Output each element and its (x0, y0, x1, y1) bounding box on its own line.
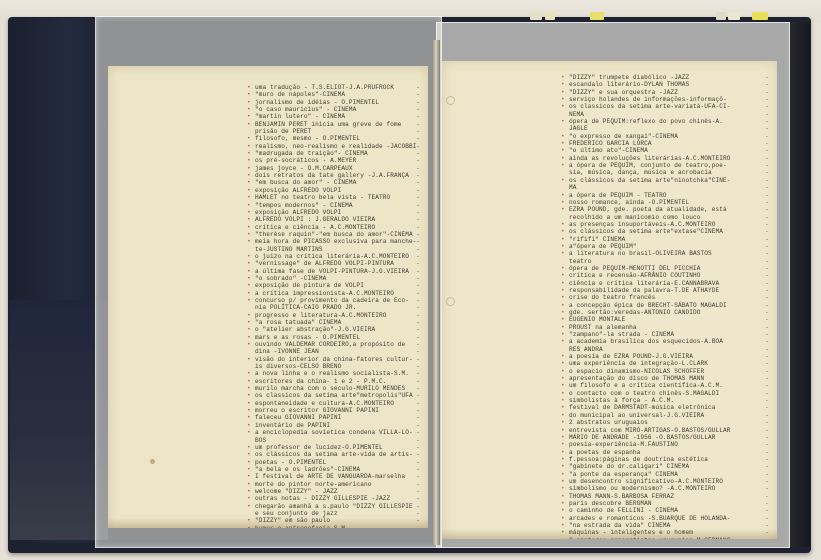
margin-tick: - (416, 179, 420, 186)
margin-tick: - (765, 375, 769, 382)
bullet-mark: • (561, 427, 569, 434)
margin-tick: - (765, 338, 769, 345)
index-entry: •a poetas de espanha (570, 449, 734, 456)
bullet-mark: • (561, 192, 569, 199)
entry-text: MÁRIO DE ANDRADE -1956 -O.BASTOS/GULLAR (569, 434, 716, 441)
entry-text: uma tradução - T.S.ELIOT-J.A.PRUFROCK (255, 84, 394, 91)
entry-text: apresentação do disco de THOMAS MANN (569, 375, 704, 382)
bullet-mark: • (561, 206, 569, 213)
entry-text: "muro de nápoles"-CINEMA (255, 91, 345, 98)
index-entry: •murilo marcha com o seculo-MURILO MENDE… (256, 385, 417, 392)
bullet-mark: • (561, 515, 569, 522)
margin-tick: - (416, 429, 420, 436)
bullet-mark: • (561, 177, 569, 184)
index-entry: •morreu o escritor GIOVANNI PAPINI (256, 407, 417, 414)
bullet-mark: • (561, 236, 569, 243)
entry-text: "em busca do amor" - CINEMA (255, 179, 356, 186)
margin-tick: - (765, 258, 769, 265)
entry-text: BOS (255, 437, 266, 444)
entry-text: recolhido a um manicomio como louco (569, 214, 701, 221)
bullet-mark: • (247, 312, 255, 319)
bullet-mark: • (561, 103, 569, 110)
margin-tick: - (416, 466, 420, 473)
index-entry: •"muro de nápoles"-CINEMA (256, 91, 417, 98)
margin-tick: - (765, 206, 769, 213)
bullet-mark: • (247, 268, 255, 275)
margin-tick: - (765, 331, 769, 338)
index-entry: •EUGENIO MONTALE (570, 316, 734, 323)
index-entry: •"DIZZY" trumpete diabólico -JAZZ (570, 74, 734, 81)
entry-text: "o expresso de xangai"-CINEMA (569, 133, 678, 140)
bullet-mark: • (561, 155, 569, 162)
index-entry: •ciência e crítica literária-E.CANNABRAV… (570, 280, 734, 287)
entry-text: ALFREDO VOLPI : J.GERALDO VIEIRA (255, 216, 375, 223)
index-entry: •inventário de PAPINI (256, 422, 417, 429)
margin-tick: - (765, 140, 769, 147)
margin-tick: - (416, 268, 420, 275)
margin-tick: - (416, 260, 420, 267)
index-entry: e seu conjunto de jazz (256, 510, 417, 517)
margin-tick: - (765, 265, 769, 272)
margin-tick: - (765, 441, 769, 448)
margin-tick: - (765, 103, 769, 110)
entry-text: exposição ALFREDO VOLPI (255, 187, 341, 194)
entry-text: f.pessoa:páginas de doutrina estética (569, 456, 708, 463)
bullet-mark: • (247, 91, 255, 98)
bullet-mark: • (247, 334, 255, 341)
margin-tick: - (416, 209, 420, 216)
entry-text: is diversos-CELSO BRENO (255, 363, 341, 370)
bullet-mark: • (247, 407, 255, 414)
entry-text: morreu o escritor GIOVANNI PAPINI (255, 407, 379, 414)
margin-tick: - (765, 316, 769, 323)
index-entry: •concurso p/ provimento da cadeira de Ec… (256, 297, 417, 304)
entry-text: filosofo, mesmo - O.PIMENTEL (255, 135, 360, 142)
binder-left-cover-lower (10, 300, 108, 540)
entry-text: RES ANDRA (569, 346, 603, 353)
bullet-mark: • (247, 356, 255, 363)
index-entry: •BENJAMIN PERET inicia uma greve de fome (256, 121, 417, 128)
entry-text: teatro (569, 258, 592, 265)
index-entry: •welcome "DIZZY" - JAZZ (256, 488, 417, 495)
entry-text: a nova linha e o realismo socialista-S.M… (255, 370, 409, 377)
left-page-margin-ticks: ----------------------------------------… (416, 84, 420, 528)
page-edge-shadow (108, 518, 428, 528)
margin-tick: - (765, 125, 769, 132)
entry-text: e seu conjunto de jazz (255, 510, 338, 517)
entry-text: uma experiência de integração-L.CLARK (569, 360, 708, 367)
bullet-mark: • (561, 294, 569, 301)
margin-tick: - (416, 121, 420, 128)
margin-tick: - (416, 150, 420, 157)
index-entry: •HAMLET no teatro bela vista - TEATRO (256, 194, 417, 201)
bullet-mark: • (247, 319, 255, 326)
bullet-mark: • (561, 404, 569, 411)
bullet-mark: • (247, 238, 255, 245)
index-entry: •"vernissage" de ALFREDO VOLPI-PINTURA (256, 260, 417, 267)
index-tab (590, 12, 604, 20)
entry-text: te-JUSTINO MARTINS (255, 246, 323, 253)
entry-text: "madrugada de traição"- CINEMA (255, 150, 368, 157)
entry-text: a concepção épica de BRECHT-SÁBATO MAGAL… (569, 302, 727, 309)
entry-text: nia POLÍTICA-CAIO PRADO JR. (255, 304, 356, 311)
binder-spine (432, 40, 440, 545)
index-entry: •crítica e recensão-AFRÂNIO COUTINHO (570, 272, 734, 279)
index-entry: •um professor de lucidez-O.PIMENTEL (256, 444, 417, 451)
margin-tick: - (765, 184, 769, 191)
entry-text: FREDERICO GARCIA LORCA (569, 140, 652, 147)
index-entry: •filosofo, mesmo - O.PIMENTEL (256, 135, 417, 142)
entry-text: os clássicos da setima arte-vida de arti… (255, 451, 413, 458)
bullet-mark: • (561, 478, 569, 485)
margin-tick: - (765, 434, 769, 441)
margin-tick: - (416, 451, 420, 458)
margin-tick: - (765, 250, 769, 257)
bullet-mark: • (561, 507, 569, 514)
margin-tick: - (416, 253, 420, 260)
bullet-mark: • (247, 290, 255, 297)
margin-tick: - (765, 427, 769, 434)
entry-text: "na estrada da vida" CINEMA (569, 522, 670, 529)
index-entry: •a concepção épica de BRECHT-SÁBATO MAGA… (570, 302, 734, 309)
index-entry: •meia hora de PICASSO exclusiva para man… (256, 238, 417, 245)
bullet-mark: • (561, 493, 569, 500)
bullet-mark: • (247, 275, 255, 282)
index-entry: dina -IVONNE JEAN (256, 348, 417, 355)
index-entry: •exposição de pintura de VOLPI (256, 282, 417, 289)
index-entry: •os classicos da setima arte"metropolis"… (256, 392, 417, 399)
index-entry: •THOMAS MANN-S.BARBOSA FERRAZ (570, 493, 734, 500)
entry-text: visão do interior da china-fatores cultu… (255, 356, 413, 363)
bullet-mark: • (247, 370, 255, 377)
margin-tick: - (416, 370, 420, 377)
entry-text: dois retratos da tate gallery -J.A.FRANÇ… (255, 172, 409, 179)
entry-text: EZRA POUND, gde. poeta da atualidade, es… (569, 206, 727, 213)
entry-text: simbolismo ou modernismo? -A.C.MONTEIRO (569, 485, 716, 492)
margin-tick: - (765, 133, 769, 140)
entry-text: mars e as rosas - O.PIMENTEL (255, 334, 360, 341)
index-entry: •a crítica impressionista-A.C.MONTEIRO (256, 290, 417, 297)
bullet-mark: • (247, 194, 255, 201)
entry-text: "martin lutero" - CINEMA (255, 113, 345, 120)
index-entry: •apresentação do disco de THOMAS MANN (570, 375, 734, 382)
entry-text: a última fase de VOLPI-PINTURA-J.G.VIEIR… (255, 268, 409, 275)
index-entry: •a poesia de EZRA POUND-J.G.VIEIRA (570, 353, 734, 360)
index-entry: •realismo, neo-realismo e realidade -JAC… (256, 143, 417, 150)
index-entry: •os pré-socráticos - A.MEYER (256, 157, 417, 164)
margin-tick: - (416, 422, 420, 429)
bullet-mark: • (247, 216, 255, 223)
bullet-mark: • (247, 165, 255, 172)
entry-text: murilo marcha com o seculo-MURILO MENDES (255, 385, 405, 392)
margin-tick: - (765, 294, 769, 301)
bullet-mark: • (561, 419, 569, 426)
margin-tick: - (765, 118, 769, 125)
margin-tick: - (765, 280, 769, 287)
index-entry: is diversos-CELSO BRENO (256, 363, 417, 370)
entry-text: "DIZZY" trumpete diabólico -JAZZ (569, 74, 689, 81)
entry-text: crítica e recensão-AFRÂNIO COUTINHO (569, 272, 701, 279)
bullet-mark: • (247, 341, 255, 348)
entry-text: "o caso mauricius" - CINEMA (255, 106, 356, 113)
entry-text: o caminho de FELLINI - CINEMA (569, 507, 678, 514)
bullet-mark: • (561, 280, 569, 287)
index-entry: sia, música, dança, música e acrobacia (570, 169, 734, 176)
entry-text: o espacio dinamismo-NICOLAS SCHOFFER (569, 368, 704, 375)
margin-tick: - (416, 392, 420, 399)
entry-text: dina -IVONNE JEAN (255, 348, 319, 355)
bullet-mark: • (561, 89, 569, 96)
bullet-mark: • (561, 441, 569, 448)
index-entry: •jornalismo de idéias - O.PIMENTEL (256, 99, 417, 106)
margin-tick: - (765, 360, 769, 367)
index-entry: •nosso romance, ainda -O.PIMENTEL (570, 199, 734, 206)
bullet-mark: • (561, 338, 569, 345)
punch-hole-mark (446, 297, 455, 306)
entry-text: a poesia de EZRA POUND-J.G.VIEIRA (569, 353, 693, 360)
index-entry: •festival de DARMSTADT-música eletrônica (570, 404, 734, 411)
entry-text: ópera de PEQUIM:reflexo do povo chinês-A… (569, 118, 723, 125)
margin-tick: - (416, 510, 420, 517)
index-entry: •a literatura no brasil-OLIVEIRA BASTOS (570, 250, 734, 257)
bullet-mark: • (247, 202, 255, 209)
margin-tick: - (765, 287, 769, 294)
bullet-mark: • (561, 500, 569, 507)
margin-tick: - (765, 147, 769, 154)
index-entry: •"gabinete do dr.caligari" CINEMA (570, 463, 734, 470)
margin-tick: - (416, 437, 420, 444)
index-entry: nia POLÍTICA-CAIO PRADO JR. (256, 304, 417, 311)
index-entry: •os classicos da setima arte-variatá-UFA… (570, 103, 734, 110)
margin-tick: - (416, 194, 420, 201)
bullet-mark: • (247, 451, 255, 458)
margin-tick: - (416, 143, 420, 150)
index-entry: •os clássicos da setima arte-vida de art… (256, 451, 417, 458)
bullet-mark: • (247, 260, 255, 267)
bullet-mark: • (247, 113, 255, 120)
entry-text: a literatura no brasil-OLIVEIRA BASTOS (569, 250, 712, 257)
entry-text: "DIZZY" e sua orquestra -JAZZ (569, 89, 678, 96)
margin-tick: - (416, 165, 420, 172)
index-entry: •os clássicos da setima arte"ninotchka"C… (570, 177, 734, 184)
entry-text: "rififi" CINEMA (569, 236, 625, 243)
bullet-mark: • (247, 282, 255, 289)
bullet-mark: • (561, 162, 569, 169)
entry-text: as presenças insuportáveis-A.C.MONTEIRO (569, 221, 716, 228)
margin-tick: - (416, 444, 420, 451)
margin-tick: - (765, 412, 769, 419)
margin-tick: - (765, 463, 769, 470)
bullet-mark: • (561, 147, 569, 154)
margin-tick: - (416, 290, 420, 297)
index-entry: te-JUSTINO MARTINS (256, 246, 417, 253)
bullet-mark: • (247, 157, 255, 164)
entry-text: PROUST na alemanha (569, 324, 637, 331)
index-tab (752, 12, 768, 20)
index-entry: •mars e as rosas - O.PIMENTEL (256, 334, 417, 341)
margin-tick: - (416, 202, 420, 209)
index-entry: •"o sobrado" -CINEMA (256, 275, 417, 282)
index-tab (728, 12, 740, 20)
index-entry: •do municipal ao universal-J.G.VIEIRA (570, 412, 734, 419)
bullet-mark: • (561, 390, 569, 397)
index-entry: •a"ópera de PEQUIM" (570, 243, 734, 250)
index-entry: •a ópera de PEQUIM - TEATRO (570, 192, 734, 199)
bullet-mark: • (247, 179, 255, 186)
index-entry: •"madrugada de traição"- CINEMA (256, 150, 417, 157)
entry-text: responsabilidade da palavra-T.DE ATHAYDE (569, 287, 719, 294)
margin-tick: - (416, 385, 420, 392)
margin-tick: - (765, 243, 769, 250)
bullet-mark: • (247, 326, 255, 333)
entry-text: os clássicos da setima arte"ninotchka"CI… (569, 177, 731, 184)
index-entry: •I festival de ARTE DE VANGUARDA-marselh… (256, 473, 417, 480)
margin-tick: - (765, 302, 769, 309)
bullet-mark: • (561, 316, 569, 323)
margin-tick: - (416, 319, 420, 326)
index-entry: •o contacto com o teatro chinês-S.MAGALD… (570, 390, 734, 397)
index-entry: •"tempos modernos" - CINEMA (256, 202, 417, 209)
margin-tick: - (416, 187, 420, 194)
bullet-mark: • (561, 360, 569, 367)
entry-text: poetas - O.PIMENTEL (255, 459, 326, 466)
margin-tick: - (765, 500, 769, 507)
entry-text: ouvindo VALDEMAR CORDEIRO,a propósito de (255, 341, 405, 348)
index-entry: •MÁRIO DE ANDRADE -1956 -O.BASTOS/GULLAR (570, 434, 734, 441)
index-entry: •ALFREDO VOLPI : J.GERALDO VIEIRA (256, 216, 417, 223)
margin-tick: - (416, 378, 420, 385)
entry-text: meia hora de PICASSO exclusiva para manc… (255, 238, 417, 245)
bullet-mark: • (247, 99, 255, 106)
margin-tick: - (765, 353, 769, 360)
entry-text: "a rosa tatuada" CINEMA (255, 319, 341, 326)
index-entry: •"o expresso de xangai"-CINEMA (570, 133, 734, 140)
index-entry: RES ANDRA (570, 346, 734, 353)
index-entry: •"DIZZY" e sua orquestra -JAZZ (570, 89, 734, 96)
margin-tick: - (765, 390, 769, 397)
page-edge-shadow (442, 529, 777, 539)
bullet-mark: • (561, 449, 569, 456)
entry-text: festival de DARMSTADT-música eletrônica (569, 404, 716, 411)
entry-text: um professor de lucidez-O.PIMENTEL (255, 444, 383, 451)
margin-tick: - (416, 488, 420, 495)
bullet-mark: • (561, 412, 569, 419)
margin-tick: - (416, 341, 420, 348)
entry-text: a ópera de PEQUIM, conjunto de teatro,po… (569, 162, 727, 169)
margin-tick: - (765, 449, 769, 456)
entry-text: o "atelier abstração"-J.G.VIEIRA (255, 326, 375, 333)
bullet-mark: • (561, 243, 569, 250)
margin-tick: - (765, 485, 769, 492)
paper-stain (150, 459, 155, 464)
entry-text: ópera de PEQUIM-MENOTTI DEL PICCHIA (569, 265, 701, 272)
margin-tick: - (765, 404, 769, 411)
index-entry: •a nova linha e o realismo socialista-S.… (256, 370, 417, 377)
index-entry: •espontaneidade e cultura-A.C.MONTEIRO (256, 400, 417, 407)
bullet-mark: • (247, 297, 255, 304)
index-entry: •dois retratos da tate gallery -J.A.FRAN… (256, 172, 417, 179)
index-entry: •"a rosa tatuada" CINEMA (256, 319, 417, 326)
entry-text: um filosofo e a crítica científica-A.C.M… (569, 382, 723, 389)
index-entry: •um filosofo e a crítica científica-A.C.… (570, 382, 734, 389)
entry-text: escandalo literário-DYLAN THOMAS (569, 81, 689, 88)
margin-tick: - (765, 324, 769, 331)
index-entry: •crítica e ciência - A.C.MONTEIRO (256, 224, 417, 231)
bullet-mark: • (247, 495, 255, 502)
margin-tick: - (416, 459, 420, 466)
entry-text: BENJAMIN PERET inicia uma greve de fome (255, 121, 402, 128)
entry-text: ainda as revoluções literárias-A.C.MONTE… (569, 155, 731, 162)
index-entry: •uma tradução - T.S.ELIOT-J.A.PRUFROCK (256, 84, 417, 91)
typewritten-page-left: •uma tradução - T.S.ELIOT-J.A.PRUFROCK•"… (108, 66, 428, 528)
entry-text: realismo, neo-realismo e realidade -JACO… (255, 143, 417, 150)
entry-text: "o sobrado" -CINEMA (255, 275, 326, 282)
entry-text: prisão de PERET (255, 128, 311, 135)
entry-text: 2 abstratos uruguaios (569, 419, 648, 426)
bullet-mark: • (561, 221, 569, 228)
index-entry: •ópera de PEQUIM:reflexo do povo chinês-… (570, 118, 734, 125)
index-entry: •exposição ALFREDO VOLPI (256, 187, 417, 194)
margin-tick: - (416, 503, 420, 510)
bullet-mark: • (561, 368, 569, 375)
entry-text: os classicos da setima arte"metropolis"U… (255, 392, 413, 399)
bullet-mark: • (561, 353, 569, 360)
index-entry: •"zampano"-la strada - CINEMA (570, 331, 734, 338)
index-entry: •a última fase de VOLPI-PINTURA-J.G.VIEI… (256, 268, 417, 275)
index-entry: •2 abstratos uruguaios (570, 419, 734, 426)
index-entry: •o espacio dinamismo-NICOLAS SCHOFFER (570, 368, 734, 375)
margin-tick: - (416, 246, 420, 253)
entry-text: o juizo na crítica literária-A.C.MONTEIR… (255, 253, 409, 260)
margin-tick: - (765, 96, 769, 103)
margin-tick: - (416, 304, 420, 311)
bullet-mark: • (247, 422, 255, 429)
bullet-mark: • (247, 503, 255, 510)
entry-text: um desencontro significativo-A.C.MONTEIR… (569, 478, 723, 485)
entry-text: jornalismo de idéias - O.PIMENTEL (255, 99, 379, 106)
bullet-mark: • (561, 375, 569, 382)
bullet-mark: • (561, 309, 569, 316)
index-entry: MA (570, 184, 734, 191)
bullet-mark: • (561, 272, 569, 279)
margin-tick: - (765, 456, 769, 463)
bullet-mark: • (247, 481, 255, 488)
index-entry: •exposição ALFREDO VOLPI (256, 209, 417, 216)
index-entry: •"a ponte da esperança" CINEMA (570, 471, 734, 478)
index-entry: •ainda as revoluções literárias-A.C.MONT… (570, 155, 734, 162)
entry-text: simbolistas à força - A.C.M. (569, 397, 674, 404)
margin-tick: - (416, 407, 420, 414)
entry-text: do municipal ao universal-J.G.VIEIRA (569, 412, 704, 419)
index-entry: •a enciclopedia sovietica condena VILLA-… (256, 429, 417, 436)
index-entry: •arcades e romanticos -S.BUARQUE DE HOLA… (570, 515, 734, 522)
entry-text: exposição ALFREDO VOLPI (255, 209, 341, 216)
margin-tick: - (416, 356, 420, 363)
margin-tick: - (416, 238, 420, 245)
margin-tick: - (765, 177, 769, 184)
punch-hole-mark (446, 96, 455, 105)
index-entry: •f.pessoa:páginas de doutrina estética (570, 456, 734, 463)
entry-text: a enciclopedia sovietica condena VILLA-L… (255, 429, 413, 436)
bullet-mark: • (561, 74, 569, 81)
bullet-mark: • (561, 463, 569, 470)
bullet-mark: • (561, 287, 569, 294)
index-entry: •a academia brasilica dos esquecidos-A.B… (570, 338, 734, 345)
bullet-mark: • (247, 392, 255, 399)
margin-tick: - (765, 214, 769, 221)
bullet-mark: • (247, 135, 255, 142)
index-entry: •faleceu GIOVANNI PAPINI (256, 414, 417, 421)
